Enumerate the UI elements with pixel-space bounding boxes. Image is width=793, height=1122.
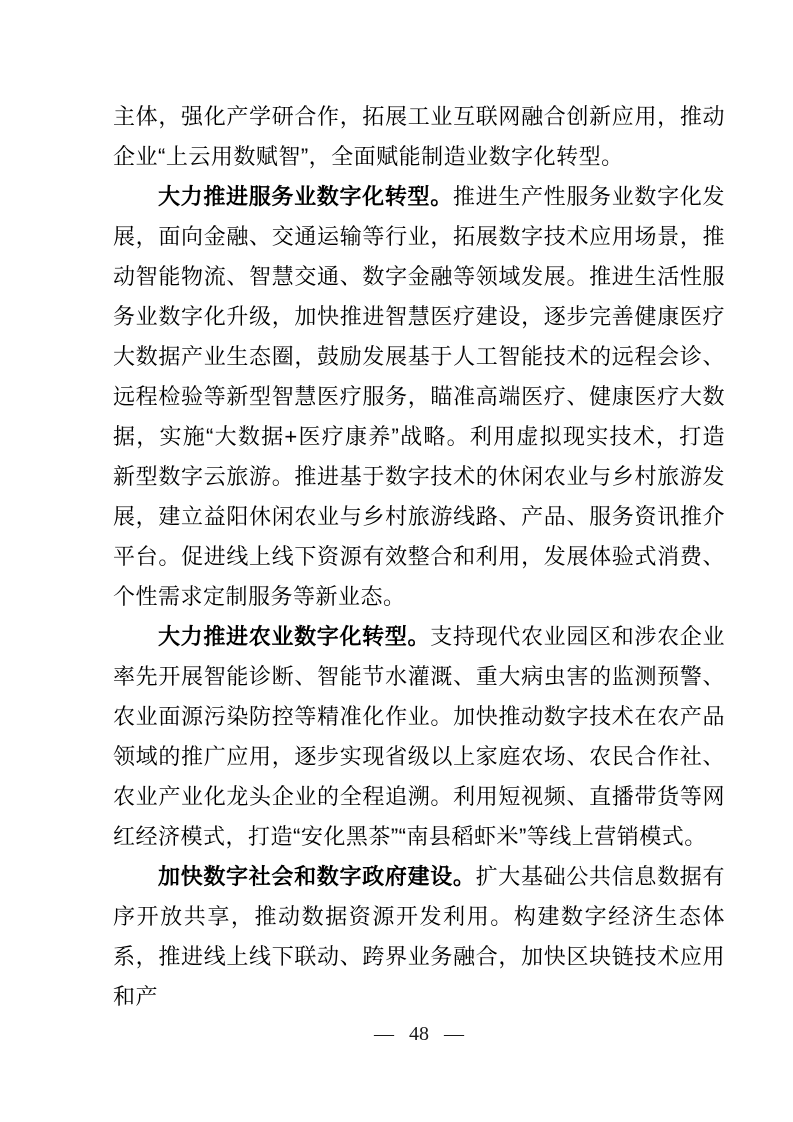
page-footer: — 48 —	[113, 1022, 725, 1046]
page-body: 主体，强化产学研合作，拓展工业互联网融合创新应用，推动企业“上云用数赋智”，全面…	[113, 97, 725, 1017]
paragraph-services-digital-transform: 大力推进服务业数字化转型。推进生产性服务业数字化发展，面向金融、交通运输等行业，…	[113, 177, 725, 617]
paragraph-text: 主体，强化产学研合作，拓展工业互联网融合创新应用，推动企业“上云用数赋智”，全面…	[113, 104, 725, 169]
paragraph-text: 支持现代农业园区和涉农企业率先开展智能诊断、智能节水灌溉、重大病虫害的监测预警、…	[113, 624, 725, 849]
paragraph-lead: 加快数字社会和数字政府建设。	[158, 864, 476, 889]
document-page: 主体，强化产学研合作，拓展工业互联网融合创新应用，推动企业“上云用数赋智”，全面…	[0, 0, 793, 1122]
page-number: — 48 —	[374, 1023, 464, 1045]
paragraph-continuation: 主体，强化产学研合作，拓展工业互联网融合创新应用，推动企业“上云用数赋智”，全面…	[113, 97, 725, 177]
paragraph-text: 推进生产性服务业数字化发展，面向金融、交通运输等行业，拓展数字技术应用场景，推动…	[113, 184, 725, 609]
paragraph-agriculture-digital-transform: 大力推进农业数字化转型。支持现代农业园区和涉农企业率先开展智能诊断、智能节水灌溉…	[113, 617, 725, 857]
paragraph-lead: 大力推进服务业数字化转型。	[158, 184, 453, 209]
paragraph-lead: 大力推进农业数字化转型。	[158, 624, 430, 649]
paragraph-digital-society-government: 加快数字社会和数字政府建设。扩大基础公共信息数据有序开放共享，推动数据资源开发利…	[113, 857, 725, 1017]
